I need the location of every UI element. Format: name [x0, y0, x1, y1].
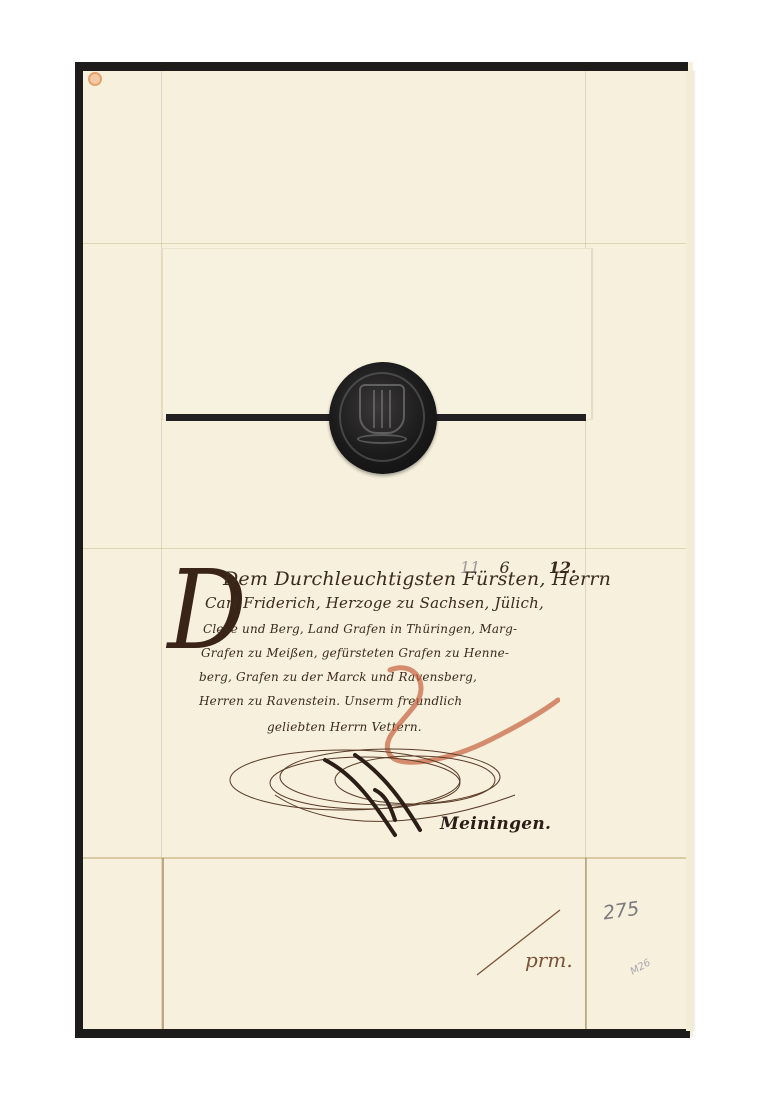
- fold-crease: [162, 858, 164, 1030]
- mourning-border-bottom: [75, 1029, 690, 1038]
- address-line: Cleve und Berg, Land Grafen in Thüringen…: [203, 622, 517, 636]
- wax-seal: [329, 362, 437, 474]
- address-line: Grafen zu Meißen, gefürsteten Grafen zu …: [201, 646, 509, 660]
- seal-base: [357, 434, 407, 444]
- orange-circle-sticker: [88, 72, 102, 86]
- sender-signature: Meiningen.: [440, 814, 551, 834]
- coat-of-arms-icon: [359, 384, 405, 434]
- mourning-border-left: [75, 62, 83, 1037]
- ink-stroke: [475, 905, 565, 985]
- address-line: Carl Friderich, Herzoge zu Sachsen, Jüli…: [205, 594, 544, 612]
- fold-crease: [585, 858, 587, 1030]
- ink-note: prm.: [525, 948, 573, 972]
- mourning-border-top: [75, 62, 688, 71]
- paper-right-edge: [686, 71, 694, 1031]
- fold-line: [83, 243, 688, 244]
- fold-line: [83, 857, 688, 859]
- address-line: Dem Durchleuchtigsten Fürsten, Herrn: [223, 568, 611, 590]
